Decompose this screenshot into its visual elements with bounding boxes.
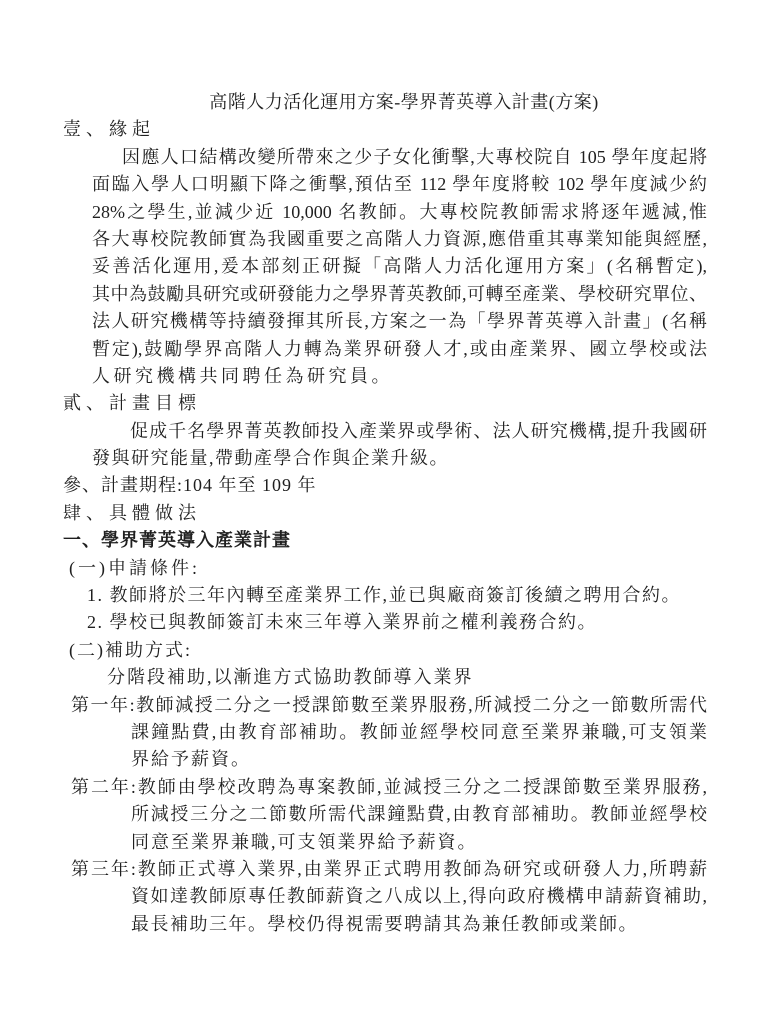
document-title: 高階人力活化運用方案-學界菁英導入計畫(方案) <box>63 89 707 116</box>
clause-heading-1: (一)申請條件: <box>69 555 707 582</box>
list-item-2: 2. 學校已與教師簽訂未來三年導入業界前之權利義務合約。 <box>87 609 707 636</box>
document-page: 高階人力活化運用方案-學界菁英導入計畫(方案) 壹、緣起 因應人口結構改變所帶來… <box>0 0 770 1024</box>
text-line: 妥善活化運用,爰本部刻正研擬「高階人力活化運用方案」(名稱暫定), <box>92 253 707 280</box>
text-line-year1: 第一年:教師減授二分之一授課節數至業界服務,所減授二分之一節數所需代 <box>71 692 707 719</box>
text-line: 資如達教師原專任教師薪資之八成以上,得向政府機構申請薪資補助, <box>131 883 707 910</box>
text-line: 28%之學生,並減少近 10,000 名教師。大專校院教師需求將逐年遞減,惟 <box>92 199 707 226</box>
section-heading-4: 肆、具體做法 <box>63 500 707 527</box>
text-line: 因應人口結構改變所帶來之少子女化衝擊,大專校院自 105 學年度起將 <box>122 144 707 171</box>
text-line: 促成千名學界菁英教師投入產業界或學術、法人研究機構,提升我國研 <box>130 418 707 445</box>
list-item-1: 1. 教師將於三年內轉至產業界工作,並已與廠商簽訂後續之聘用合約。 <box>87 582 707 609</box>
text-line-year3: 第三年:教師正式導入業界,由業界正式聘用教師為研究或研發人力,所聘薪 <box>71 856 707 883</box>
text-line: 分階段補助,以漸進方式協助教師導入業界 <box>107 664 707 691</box>
text-line: 暫定),鼓勵學界高階人力轉為業界研發人才,或由產業界、國立學校或法 <box>92 336 707 363</box>
section-heading-3: 參、計畫期程:104 年至 109 年 <box>63 472 707 499</box>
text-line: 各大專校院教師實為我國重要之高階人力資源,應借重其專業知能與經歷, <box>92 226 707 253</box>
text-line: 法人研究機構等持續發揮其所長,方案之一為「學界菁英導入計畫」(名稱 <box>92 308 707 335</box>
text-line: 其中為鼓勵具研究或研發能力之學界菁英教師,可轉至產業、學校研究單位、 <box>92 281 707 308</box>
subsection-heading: 一、學界菁英導入產業計畫 <box>63 527 707 554</box>
text-line: 面臨入學人口明顯下降之衝擊,預估至 112 學年度將較 102 學年度減少約 <box>92 171 707 198</box>
text-line: 人研究機構共同聘任為研究員。 <box>92 363 707 390</box>
text-line: 最長補助三年。學校仍得視需要聘請其為兼任教師或業師。 <box>131 911 707 938</box>
text-line-year2: 第二年:教師由學校改聘為專案教師,並減授三分之二授課節數至業界服務, <box>71 774 707 801</box>
section-heading-1: 壹、緣起 <box>63 116 707 143</box>
text-line: 界給予薪資。 <box>131 746 707 773</box>
clause-heading-2: (二)補助方式: <box>69 637 707 664</box>
document-content: 高階人力活化運用方案-學界菁英導入計畫(方案) 壹、緣起 因應人口結構改變所帶來… <box>63 89 707 938</box>
text-line: 所減授三分之二節數所需代課鐘點費,由教育部補助。教師並經學校 <box>131 801 707 828</box>
text-line: 同意至業界兼職,可支領業界給予薪資。 <box>131 829 707 856</box>
section-heading-2: 貳、計畫目標 <box>63 390 707 417</box>
text-line: 發與研究能量,帶動產學合作與企業升級。 <box>92 445 707 472</box>
text-line: 課鐘點費,由教育部補助。教師並經學校同意至業界兼職,可支領業 <box>131 719 707 746</box>
